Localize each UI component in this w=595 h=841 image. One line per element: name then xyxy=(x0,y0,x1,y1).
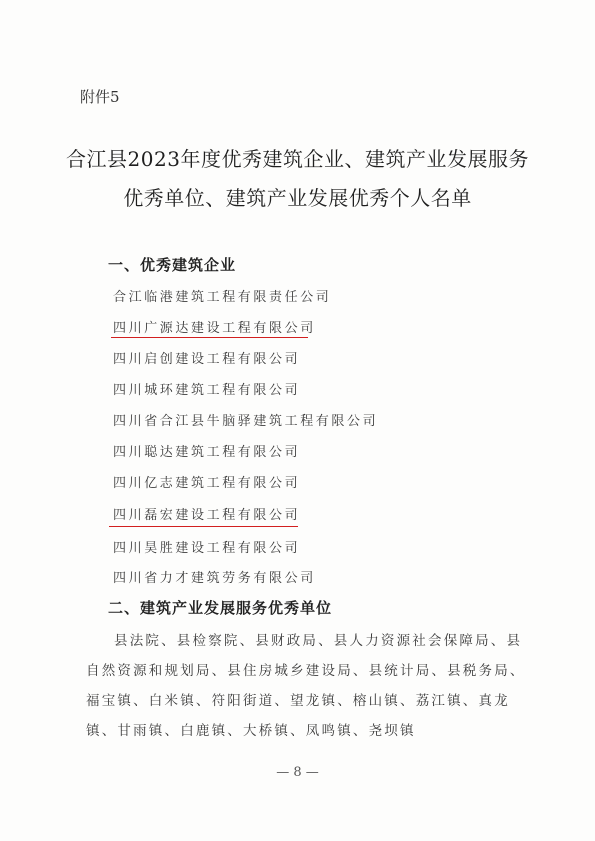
list-item: 四川广源达建设工程有限公司 xyxy=(113,317,316,336)
section-heading-service-units: 二、建筑产业发展服务优秀单位 xyxy=(108,597,332,618)
red-underline xyxy=(109,526,298,527)
list-item: 四川亿志建筑工程有限公司 xyxy=(113,472,300,491)
red-underline xyxy=(111,337,308,338)
service-units-paragraph: 县法院、县检察院、县财政局、县人力资源社会保障局、县自然资源和规划局、县住房城乡… xyxy=(86,626,526,746)
list-item: 四川城环建筑工程有限公司 xyxy=(113,379,300,398)
list-item: 四川启创建设工程有限公司 xyxy=(113,348,300,367)
page-number: — 8 — xyxy=(0,765,595,780)
list-item: 四川省力才建筑劳务有限公司 xyxy=(113,567,316,586)
attachment-label: 附件5 xyxy=(80,86,120,107)
section-heading-excellent-enterprises: 一、优秀建筑企业 xyxy=(108,254,236,275)
list-item: 四川聪达建筑工程有限公司 xyxy=(113,441,300,460)
list-item: 四川磊宏建设工程有限公司 xyxy=(113,504,300,523)
list-item: 四川昊胜建设工程有限公司 xyxy=(113,537,300,556)
document-title-line-2: 优秀单位、建筑产业发展优秀个人名单 xyxy=(0,182,595,211)
list-item: 四川省合江县牛脑驿建筑工程有限公司 xyxy=(113,410,378,429)
document-title-line-1: 合江县2023年度优秀建筑企业、建筑产业发展服务 xyxy=(0,143,595,172)
list-item: 合江临港建筑工程有限责任公司 xyxy=(113,286,331,305)
